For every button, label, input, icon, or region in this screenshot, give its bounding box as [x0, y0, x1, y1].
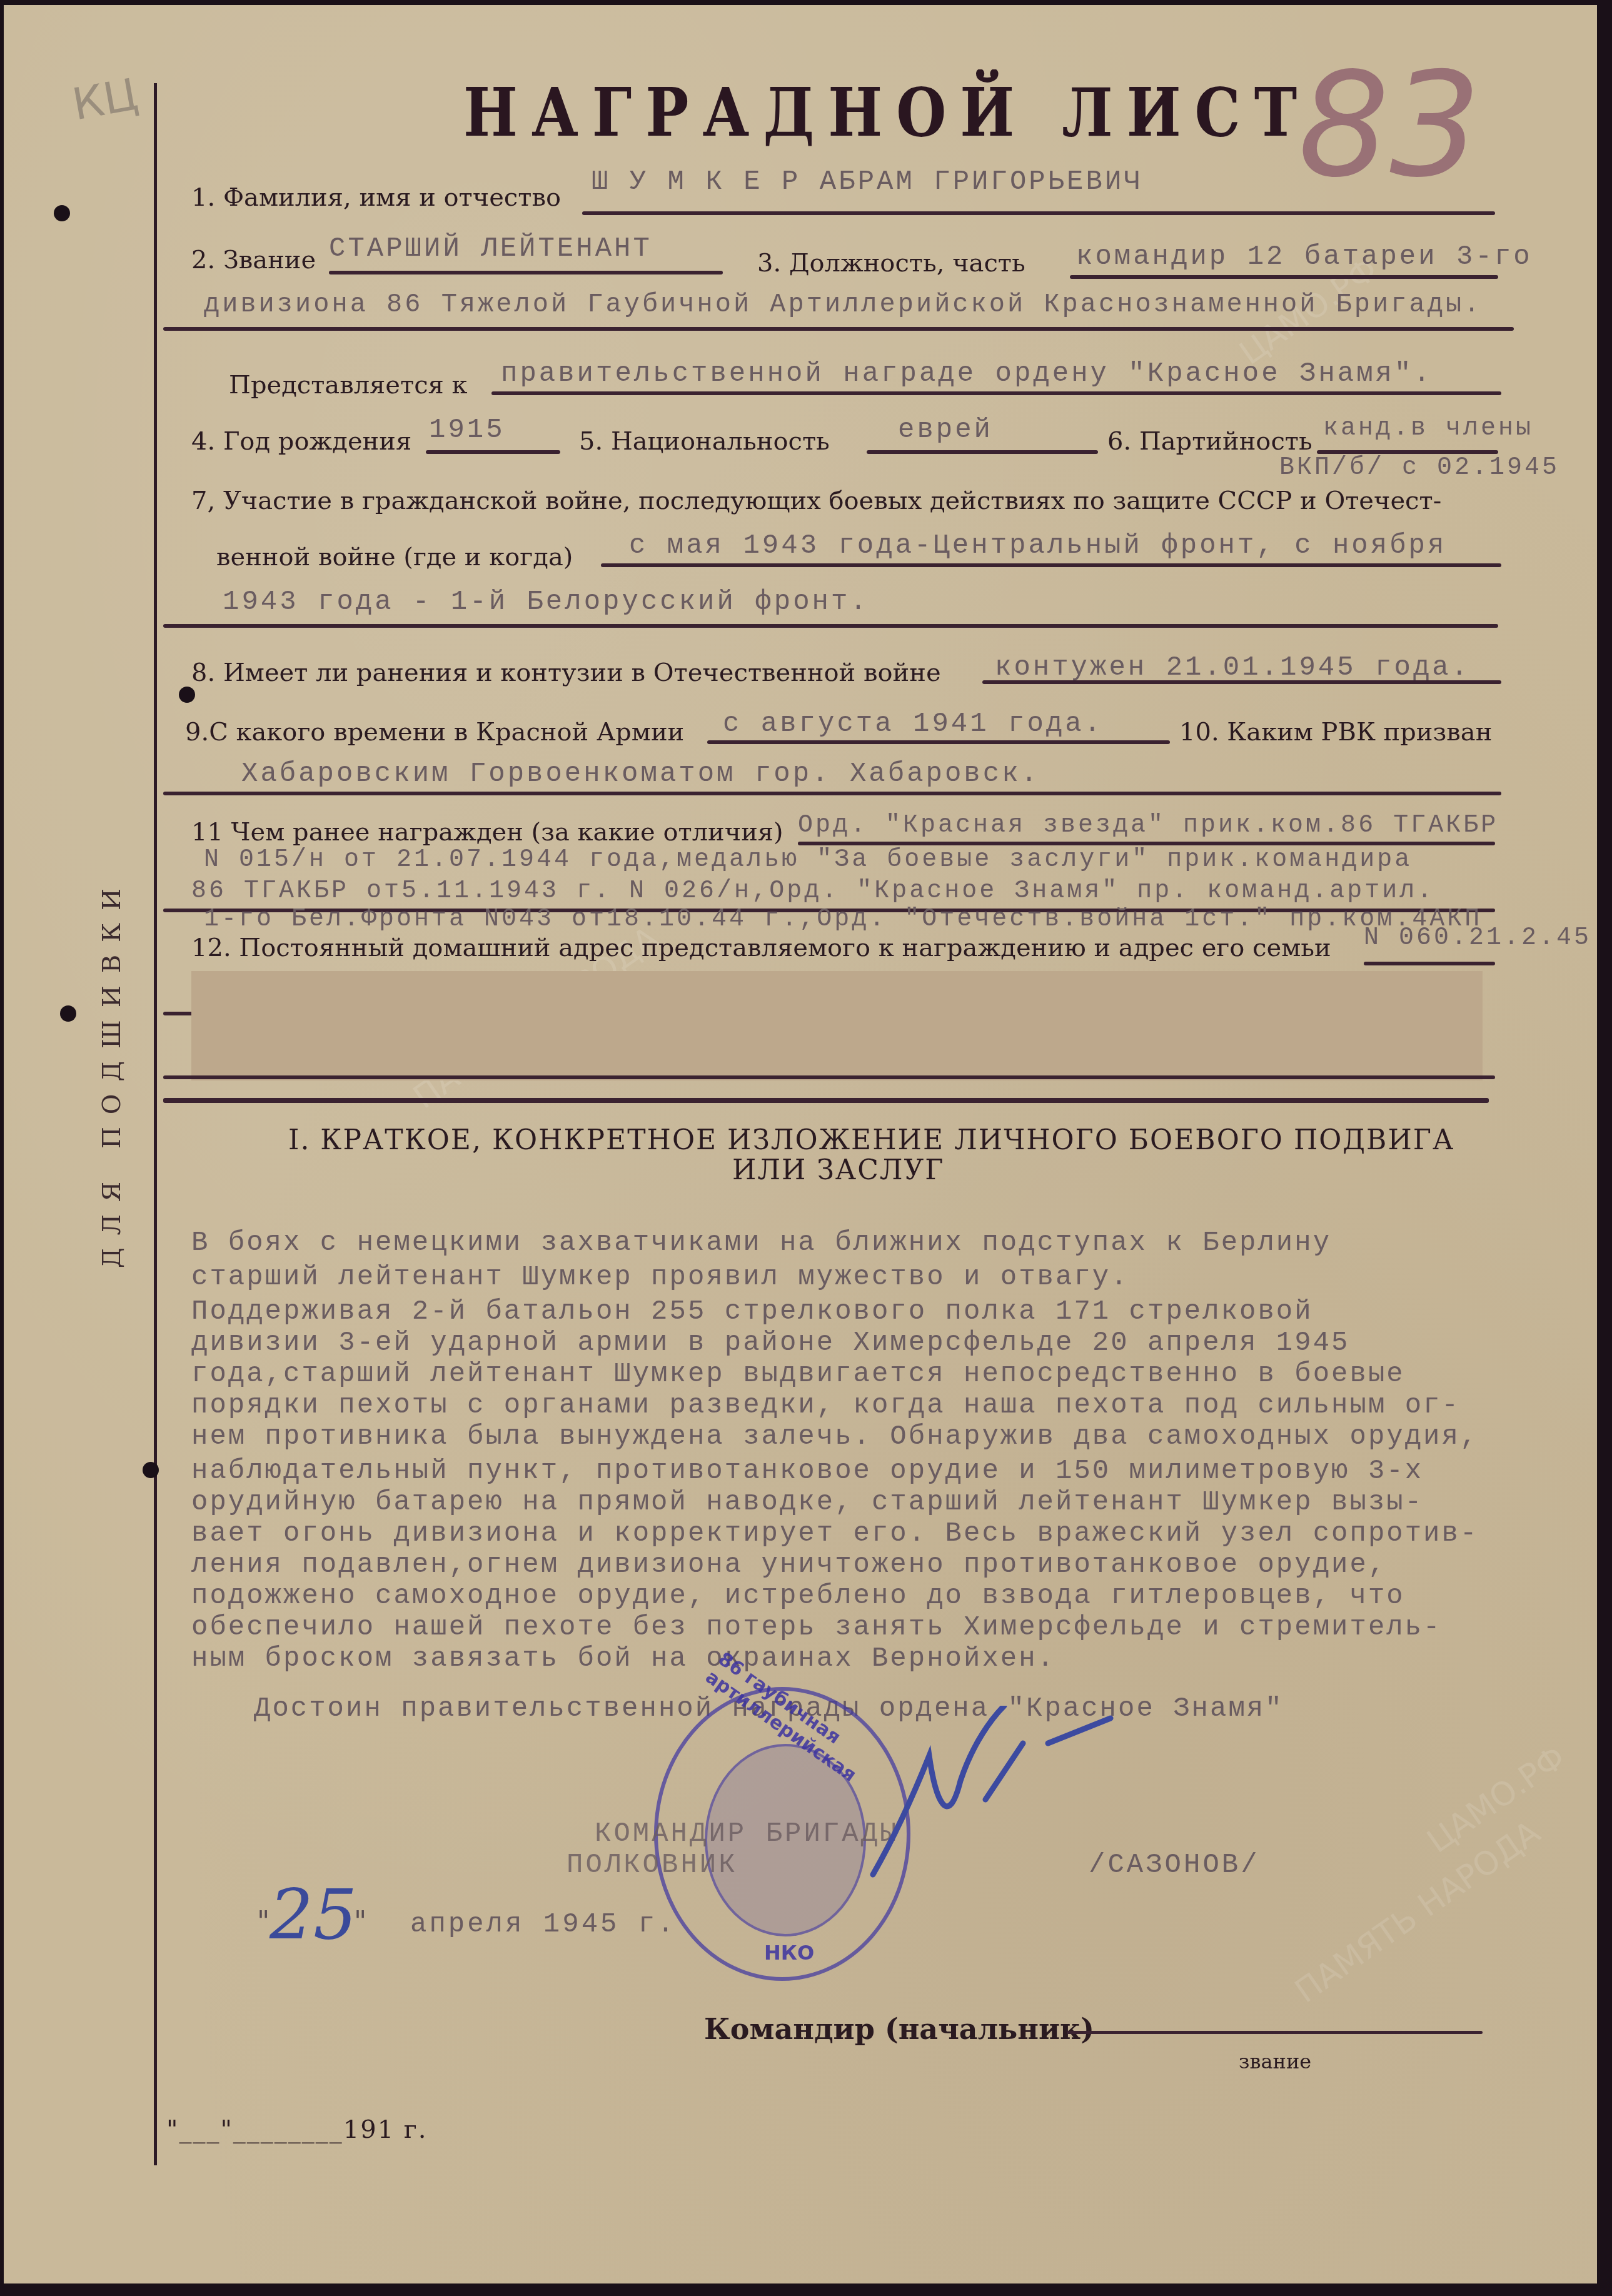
field-3-label: 3. Должность, часть — [757, 249, 1025, 278]
archive-number-handwritten: 83 — [1298, 43, 1481, 209]
field-10-value: Хабаровским Горвоенкоматом гор. Хабаровс… — [241, 758, 1040, 790]
award-sheet-page: ДЛЯ ПОДШИВКИ ЦАМО.РФ ЦАМО.РФ ПАМЯТЬ НАРО… — [4, 5, 1597, 2283]
punch-hole — [143, 1462, 159, 1478]
field-5-label: 5. Национальность — [579, 427, 830, 456]
field-7-value-line2: 1943 года - 1-й Белорусский фронт. — [223, 587, 869, 618]
field-12-label: 12. Постоянный домашний адрес представля… — [191, 934, 1331, 962]
field-9-value: с августа 1941 года. — [723, 708, 1103, 740]
field-11-label: 11 Чем ранее награжден (за какие отличия… — [191, 818, 783, 847]
watermark: ПАМЯТЬ НАРОДА — [1289, 1814, 1548, 2011]
presented-value: правительственной награде ордену "Красно… — [501, 358, 1433, 390]
section-1-heading-line2: ИЛИ ЗАСЛУГ — [732, 1154, 945, 1186]
field-1-value: Ш У М К Е Р АБРАМ ГРИГОРЬЕВИЧ — [592, 166, 1143, 198]
field-7-value-line1: с мая 1943 года-Центральный фронт, с ноя… — [629, 530, 1446, 561]
field-6-value-line1: канд.в члены — [1323, 415, 1533, 443]
field-3-underline-2 — [163, 327, 1514, 331]
field-9-label: 9.С какого времени в Красной Армии — [185, 718, 684, 747]
rank-caption: звание — [1239, 2050, 1311, 2073]
date-open-quote: " — [257, 1906, 270, 1938]
corner-pencil-mark: КЦ — [69, 69, 142, 131]
commander-label: Командир (начальник) — [704, 2012, 1094, 2046]
field-7-underline-2 — [163, 624, 1498, 628]
field-6-value-line2: ВКП/б/ с 02.1945 — [1279, 454, 1559, 482]
narrative-line: года,старший лейтенант Шумкер выдвигаетс… — [191, 1359, 1405, 1390]
field-11-underline — [798, 842, 1495, 845]
field-4-underline — [426, 450, 560, 454]
blank-date-line: "___"________191 г. — [166, 2115, 428, 2144]
narrative-line: дивизии 3-ей ударной армии в районе Химе… — [191, 1327, 1349, 1359]
field-10-label: 10. Каким РВК призван — [1179, 718, 1492, 747]
field-12-underline — [1364, 962, 1495, 965]
redacted-address-block — [191, 971, 1483, 1080]
field-10-underline — [163, 792, 1501, 795]
field-1-label: 1. Фамилия, имя и отчество — [191, 183, 561, 212]
field-5-underline — [867, 450, 1098, 454]
narrative-line: обеспечило нашей пехоте без потерь занят… — [191, 1612, 1442, 1643]
narrative-line: Поддерживая 2-й батальон 255 стрелкового… — [191, 1296, 1313, 1327]
field-7-underline — [601, 563, 1501, 567]
narrative-line: ным броском завязать бой на окраинах Вер… — [191, 1643, 1055, 1674]
narrative-line: наблюдательный пункт, противотанковое ор… — [191, 1456, 1423, 1487]
field-11-value-line1: Орд. "Красная звезда" прик.ком.86 ТГАКБР — [798, 812, 1498, 840]
field-8-underline — [982, 680, 1501, 684]
field-1-underline — [582, 211, 1495, 215]
field-5-value: еврей — [898, 415, 993, 446]
signatory-title-line2: ПОЛКОВНИК — [567, 1850, 738, 1881]
handwritten-signature — [860, 1706, 1123, 1887]
presented-underline — [491, 391, 1501, 395]
field-11-value-line5: N 060.21.2.45 — [1364, 924, 1591, 952]
signatory-title-line1: КОМАНДИР БРИГАДЫ — [595, 1818, 899, 1850]
section-1-heading-line1: I. КРАТКОЕ, КОНКРЕТНОЕ ИЗЛОЖЕНИЕ ЛИЧНОГО… — [288, 1124, 1454, 1156]
field-2-label: 2. Звание — [191, 246, 316, 274]
narrative-line: подожжено самоходное орудие, истреблено … — [191, 1581, 1405, 1612]
field-11-value-line3: 86 ТГАКБР от5.11.1943 г. N 026/н,Орд. "К… — [191, 877, 1434, 905]
field-4-label: 4. Год рождения — [191, 427, 411, 456]
field-2-value: СТАРШИЙ ЛЕЙТЕНАНТ — [329, 233, 652, 264]
handwritten-day: 25 — [270, 1875, 357, 1955]
date-close-quote: " — [354, 1906, 366, 1938]
narrative-line: ления подавлен,огнем дивизиона уничтожен… — [191, 1549, 1386, 1581]
binding-margin-line — [154, 83, 157, 2165]
field-7-label-line2: венной войне (где и когда) — [216, 543, 573, 571]
signature-date: апреля 1945 г. — [410, 1909, 677, 1940]
address-underline-1 — [163, 1075, 1495, 1079]
narrative-line: нем противника была вынуждена залечь. Об… — [191, 1421, 1478, 1453]
narrative-line: старший лейтенант Шумкер проявил мужеств… — [191, 1262, 1129, 1293]
field-11-value-line4: 1-го Бел.Фронта N043 от18.10.44 г.,Орд. … — [204, 905, 1482, 934]
stamp-bottom-text: НКО — [764, 1941, 814, 1965]
commander-rank-line — [1067, 2031, 1483, 2034]
narrative-line: В боях с немецкими захватчиками на ближн… — [191, 1227, 1331, 1259]
field-8-value: контужен 21.01.1945 года. — [995, 652, 1470, 683]
binding-label: ДЛЯ ПОДШИВКИ — [98, 876, 126, 1268]
document-title: НАГРАДНОЙ ЛИСТ — [463, 74, 1311, 151]
field-6-label: 6. Партийность — [1107, 427, 1312, 456]
punch-hole — [179, 687, 195, 703]
narrative-line: орудийную батарею на прямой наводке, ста… — [191, 1487, 1423, 1518]
field-3-value-line2: дивизиона 86 Тяжелой Гаубичной Артиллери… — [204, 290, 1482, 320]
punch-hole — [60, 1005, 76, 1022]
narrative-line: порядки пехоты с органами разведки, когд… — [191, 1390, 1460, 1421]
field-9-underline — [707, 740, 1170, 744]
field-2-underline — [329, 271, 723, 274]
field-8-label: 8. Имеет ли ранения и контузии в Отечест… — [191, 658, 941, 687]
presented-label: Представляется к — [229, 371, 467, 400]
field-3-underline — [1070, 275, 1498, 279]
field-4-value: 1915 — [429, 415, 505, 446]
address-underline-2 — [163, 1098, 1489, 1103]
narrative-line: вает огонь дивизиона и корректирует его.… — [191, 1518, 1478, 1549]
field-7-label-line1: 7, Участие в гражданской войне, последую… — [191, 486, 1441, 515]
field-3-value-line1: командир 12 батареи 3-го — [1076, 241, 1533, 273]
punch-hole — [54, 205, 70, 221]
field-11-value-line2: N 015/н от 21.07.1944 года,медалью "За б… — [204, 846, 1412, 874]
